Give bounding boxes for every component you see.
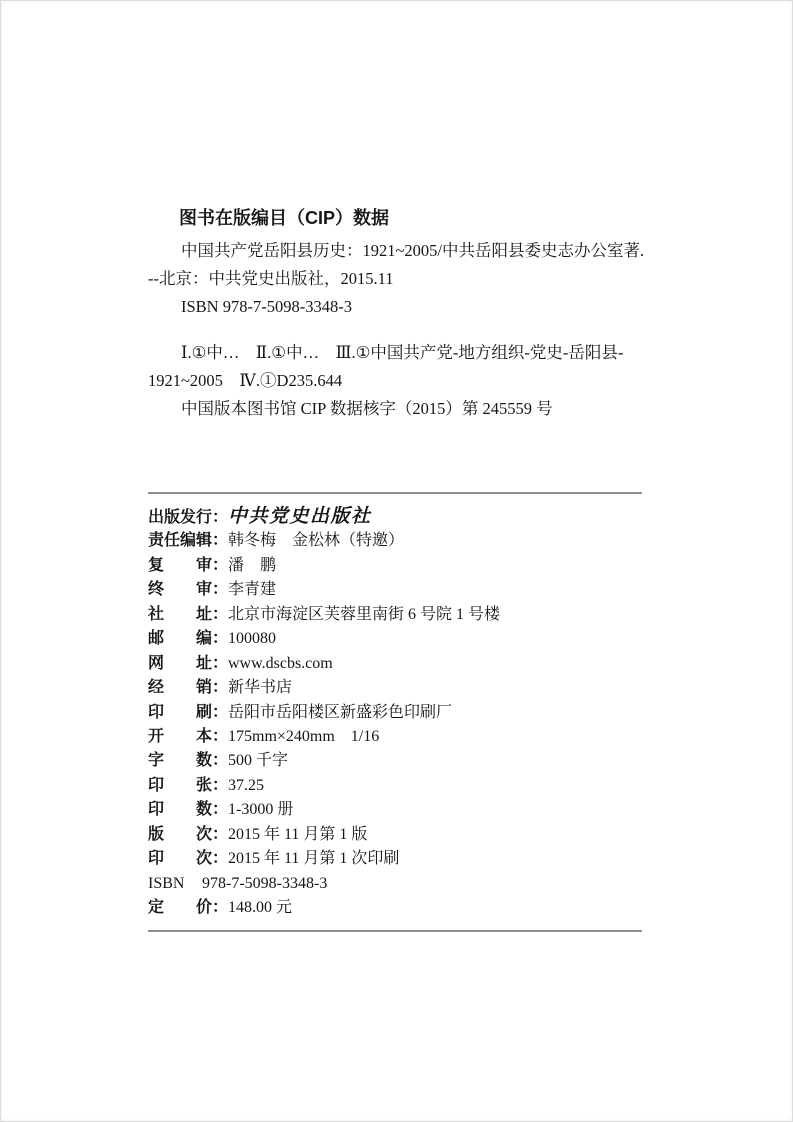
colophon-colon: ： bbox=[212, 578, 228, 602]
colophon-label: 终审 bbox=[148, 578, 212, 602]
colophon-row-printing: 印次：2015 年 11 月第 1 次印刷 bbox=[148, 847, 644, 871]
colophon-value: 李青建 bbox=[228, 581, 276, 598]
colophon-row-address: 社址：北京市海淀区芙蓉里南街 6 号院 1 号楼 bbox=[148, 603, 644, 627]
cip-title-line: 中国共产党岳阳县历史：1921~2005/中共岳阳县委史志办公室著. bbox=[148, 237, 660, 265]
colophon-value: 1-3000 册 bbox=[228, 801, 293, 818]
colophon-row-format: 开本：175mm×240mm 1/16 bbox=[148, 725, 644, 749]
colophon-value: 2015 年 11 月第 1 次印刷 bbox=[228, 850, 399, 867]
colophon-colon: ： bbox=[212, 896, 228, 920]
colophon-row-distributor: 经销：新华书店 bbox=[148, 676, 644, 700]
cip-isbn-line: ISBN 978-7-5098-3348-3 bbox=[148, 293, 660, 321]
cip-heading: 图书在版编目（CIP）数据 bbox=[179, 205, 660, 231]
colophon-row-publisher: 出版发行：中共党史出版社 bbox=[148, 505, 644, 529]
colophon-colon: ： bbox=[212, 529, 228, 553]
colophon-colon: ： bbox=[212, 847, 228, 871]
colophon-value: 岳阳市岳阳楼区新盛彩色印刷厂 bbox=[228, 704, 452, 721]
cip-classification-line-2: 1921~2005 Ⅳ.①D235.644 bbox=[148, 367, 660, 395]
colophon-label: 定价 bbox=[148, 896, 212, 920]
cip-classification-line-1: Ⅰ.①中… Ⅱ.①中… Ⅲ.①中国共产党-地方组织-党史-岳阳县- bbox=[148, 339, 660, 367]
cip-block: 图书在版编目（CIP）数据 中国共产党岳阳县历史：1921~2005/中共岳阳县… bbox=[148, 205, 660, 423]
colophon-label: ISBN bbox=[148, 872, 202, 896]
colophon-colon: ： bbox=[212, 701, 228, 725]
colophon-row-editor: 责任编辑：韩冬梅 金松林（特邀） bbox=[148, 529, 644, 553]
colophon-colon: ： bbox=[212, 725, 228, 749]
colophon-row-edition: 版次：2015 年 11 月第 1 版 bbox=[148, 823, 644, 847]
colophon-label: 网址 bbox=[148, 652, 212, 676]
colophon-value: 37.25 bbox=[228, 777, 264, 794]
colophon-label: 版次 bbox=[148, 823, 212, 847]
colophon-value: 中共党史出版社 bbox=[228, 506, 372, 527]
colophon-colon: ： bbox=[212, 749, 228, 773]
colophon-label: 印次 bbox=[148, 847, 212, 871]
colophon-colon: ： bbox=[212, 823, 228, 847]
colophon-value: 500 千字 bbox=[228, 752, 288, 769]
colophon-label: 开本 bbox=[148, 725, 212, 749]
colophon-label: 印数 bbox=[148, 798, 212, 822]
colophon-label: 经销 bbox=[148, 676, 212, 700]
colophon-row-price: 定价：148.00 元 bbox=[148, 896, 644, 920]
divider-bottom bbox=[148, 930, 642, 932]
colophon-row-sheets: 印张：37.25 bbox=[148, 774, 644, 798]
colophon-label: 复审 bbox=[148, 554, 212, 578]
divider-top bbox=[148, 492, 642, 494]
colophon-value: 175mm×240mm 1/16 bbox=[228, 728, 379, 745]
colophon-value: 潘 鹏 bbox=[228, 557, 276, 574]
colophon-value: 北京市海淀区芙蓉里南街 6 号院 1 号楼 bbox=[228, 606, 500, 623]
colophon-value: 148.00 元 bbox=[228, 899, 292, 916]
colophon-row-isbn: ISBN978-7-5098-3348-3 bbox=[148, 872, 644, 896]
colophon-row-website: 网址：www.dscbs.com bbox=[148, 652, 644, 676]
cip-registration-line: 中国版本图书馆 CIP 数据核字（2015）第 245559 号 bbox=[148, 395, 660, 423]
colophon-row-final-reviewer: 终审：李青建 bbox=[148, 578, 644, 602]
colophon-label: 出版发行 bbox=[148, 506, 212, 530]
colophon-value: www.dscbs.com bbox=[228, 655, 333, 672]
colophon-row-printer: 印刷：岳阳市岳阳楼区新盛彩色印刷厂 bbox=[148, 701, 644, 725]
colophon-block: 出版发行：中共党史出版社 责任编辑：韩冬梅 金松林（特邀） 复审：潘 鹏 终审：… bbox=[148, 505, 644, 920]
colophon-row-print-run: 印数：1-3000 册 bbox=[148, 798, 644, 822]
colophon-value: 韩冬梅 金松林（特邀） bbox=[228, 532, 404, 549]
colophon-colon: ： bbox=[212, 554, 228, 578]
colophon-row-zipcode: 邮编：100080 bbox=[148, 627, 644, 651]
colophon-colon: ： bbox=[212, 798, 228, 822]
colophon-colon: ： bbox=[212, 652, 228, 676]
colophon-value: 100080 bbox=[228, 630, 276, 647]
colophon-label: 责任编辑 bbox=[148, 529, 212, 553]
colophon-colon: ： bbox=[212, 506, 228, 530]
colophon-value: 978-7-5098-3348-3 bbox=[202, 875, 327, 892]
colophon-label: 邮编 bbox=[148, 627, 212, 651]
colophon-colon: ： bbox=[212, 774, 228, 798]
colophon-colon: ： bbox=[212, 603, 228, 627]
colophon-value: 新华书店 bbox=[228, 679, 292, 696]
copyright-page: 图书在版编目（CIP）数据 中国共产党岳阳县历史：1921~2005/中共岳阳县… bbox=[0, 0, 793, 1122]
colophon-value: 2015 年 11 月第 1 版 bbox=[228, 826, 367, 843]
colophon-colon: ： bbox=[212, 627, 228, 651]
cip-publisher-line: --北京：中共党史出版社，2015.11 bbox=[148, 265, 660, 293]
colophon-label: 印刷 bbox=[148, 701, 212, 725]
colophon-colon: ： bbox=[212, 676, 228, 700]
colophon-label: 印张 bbox=[148, 774, 212, 798]
colophon-row-wordcount: 字数：500 千字 bbox=[148, 749, 644, 773]
colophon-row-reviewer: 复审：潘 鹏 bbox=[148, 554, 644, 578]
colophon-label: 字数 bbox=[148, 749, 212, 773]
colophon-label: 社址 bbox=[148, 603, 212, 627]
